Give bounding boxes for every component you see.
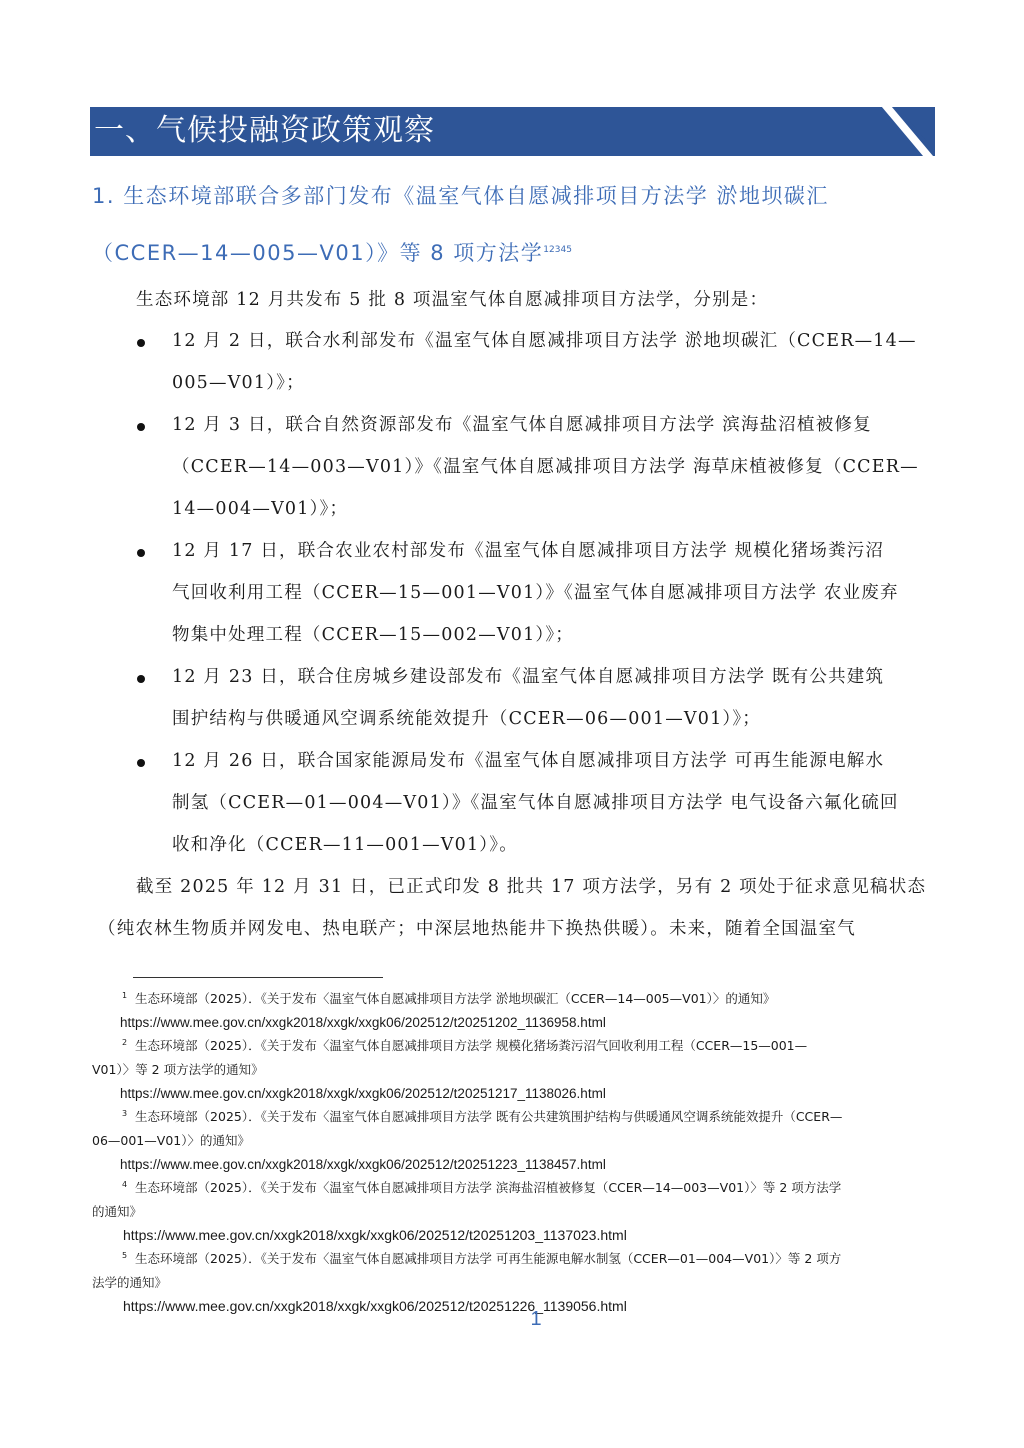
footnote-1-url[interactable]: https://www.mee.gov.cn/xxgk2018/xxgk/xxg… <box>120 1011 606 1035</box>
subheading-line-2: （CCER—14—005—V01）》等 8 项方法学12345 <box>92 236 942 267</box>
footnote-4: 4 生态环境部（2025）．《关于发布〈温室气体自愿减排项目方法学 滨海盐沼植被… <box>122 1176 841 1200</box>
footnote-2-continued: V01）〉等 2 项方法学的通知》 <box>92 1058 264 1082</box>
list-item-line: 物集中处理工程（CCER—15—002—V01）》； <box>172 614 937 656</box>
bullet-icon <box>137 759 145 767</box>
bullet-icon <box>137 339 145 347</box>
list-item-line: （CCER—14—003—V01）》《温室气体自愿减排项目方法学 海草床植被修复… <box>172 446 937 488</box>
list-item-line: 005—V01）》； <box>172 362 937 404</box>
footnote-text: 生态环境部（2025）．《关于发布〈温室气体自愿减排项目方法学 既有公共建筑围护… <box>135 1109 842 1124</box>
footnote-4-continued: 的通知》 <box>92 1200 142 1224</box>
list-item-line: 围护结构与供暖通风空调系统能效提升（CCER—06—001—V01）》； <box>172 698 937 740</box>
footnote-number: 2 <box>122 1038 127 1047</box>
section-title: 一、气候投融资政策观察 <box>94 111 435 151</box>
footnote-divider <box>133 977 383 978</box>
intro-paragraph: 生态环境部 12 月共发布 5 批 8 项温室气体自愿减排项目方法学，分别是： <box>136 279 768 321</box>
footnote-text: 生态环境部（2025）．《关于发布〈温室气体自愿减排项目方法学 淤地坝碳汇（CC… <box>135 991 775 1006</box>
list-item-line: 制氢（CCER—01—004—V01）》《温室气体自愿减排项目方法学 电气设备六… <box>172 782 937 824</box>
decorative-corner <box>903 107 935 156</box>
footnote-text: 生态环境部（2025）．《关于发布〈温室气体自愿减排项目方法学 滨海盐沼植被修复… <box>135 1180 841 1195</box>
footnote-4-url[interactable]: https://www.mee.gov.cn/xxgk2018/xxgk/xxg… <box>123 1224 627 1248</box>
closing-paragraph-line-2: （纯农林生物质并网发电、热电联产；中深层地热能井下换热供暖）。未来，随着全国温室… <box>98 908 856 950</box>
footnote-text: 生态环境部（2025）．《关于发布〈温室气体自愿减排项目方法学 可再生能源电解水… <box>135 1251 841 1266</box>
list-item-line: 12 月 3 日，联合自然资源部发布《温室气体自愿减排项目方法学 滨海盐沼植被修… <box>172 404 937 446</box>
list-item-line: 12 月 2 日，联合水利部发布《温室气体自愿减排项目方法学 淤地坝碳汇（CCE… <box>172 320 937 362</box>
bullet-icon <box>137 423 145 431</box>
closing-paragraph-line-1: 截至 2025 年 12 月 31 日，已正式印发 8 批共 17 项方法学，另… <box>136 866 926 908</box>
bullet-icon <box>137 549 145 557</box>
footnote-2: 2 生态环境部（2025）．《关于发布〈温室气体自愿减排项目方法学 规模化猪场粪… <box>122 1034 807 1058</box>
footnote-3-continued: 06—001—V01）〉的通知》 <box>92 1129 250 1153</box>
page-number: 1 <box>0 1308 1024 1331</box>
footnote-number: 1 <box>122 991 127 1000</box>
list-item-line: 气回收利用工程（CCER—15—001—V01）》《温室气体自愿减排项目方法学 … <box>172 572 937 614</box>
footnote-number: 5 <box>122 1251 127 1260</box>
footnote-3-url[interactable]: https://www.mee.gov.cn/xxgk2018/xxgk/xxg… <box>120 1153 606 1177</box>
footnote-5: 5 生态环境部（2025）．《关于发布〈温室气体自愿减排项目方法学 可再生能源电… <box>122 1247 841 1271</box>
list-item-line: 12 月 23 日，联合住房城乡建设部发布《温室气体自愿减排项目方法学 既有公共… <box>172 656 937 698</box>
list-item-line: 12 月 26 日，联合国家能源局发布《温室气体自愿减排项目方法学 可再生能源电… <box>172 740 937 782</box>
subheading-line-1: 1. 生态环境部联合多部门发布《温室气体自愿减排项目方法学 淤地坝碳汇 <box>92 182 942 210</box>
footnote-text: 生态环境部（2025）．《关于发布〈温室气体自愿减排项目方法学 规模化猪场粪污沼… <box>135 1038 807 1053</box>
footnote-1: 1 生态环境部（2025）．《关于发布〈温室气体自愿减排项目方法学 淤地坝碳汇（… <box>122 987 775 1011</box>
footnote-5-continued: 法学的通知》 <box>92 1271 167 1295</box>
section-header-band: 一、气候投融资政策观察 <box>90 107 935 156</box>
footnote-2-url[interactable]: https://www.mee.gov.cn/xxgk2018/xxgk/xxg… <box>120 1082 606 1106</box>
footnote-number: 4 <box>122 1180 127 1189</box>
subheading-text: （CCER—14—005—V01）》等 8 项方法学 <box>92 241 543 265</box>
footnote-3: 3 生态环境部（2025）．《关于发布〈温室气体自愿减排项目方法学 既有公共建筑… <box>122 1105 842 1129</box>
list-item-line: 收和净化（CCER—11—001—V01）》。 <box>172 824 937 866</box>
footnote-refs[interactable]: 12345 <box>543 245 572 255</box>
bullet-icon <box>137 675 145 683</box>
footnote-number: 3 <box>122 1109 127 1118</box>
list-item-line: 12 月 17 日，联合农业农村部发布《温室气体自愿减排项目方法学 规模化猪场粪… <box>172 530 937 572</box>
list-item-line: 14—004—V01）》； <box>172 488 937 530</box>
